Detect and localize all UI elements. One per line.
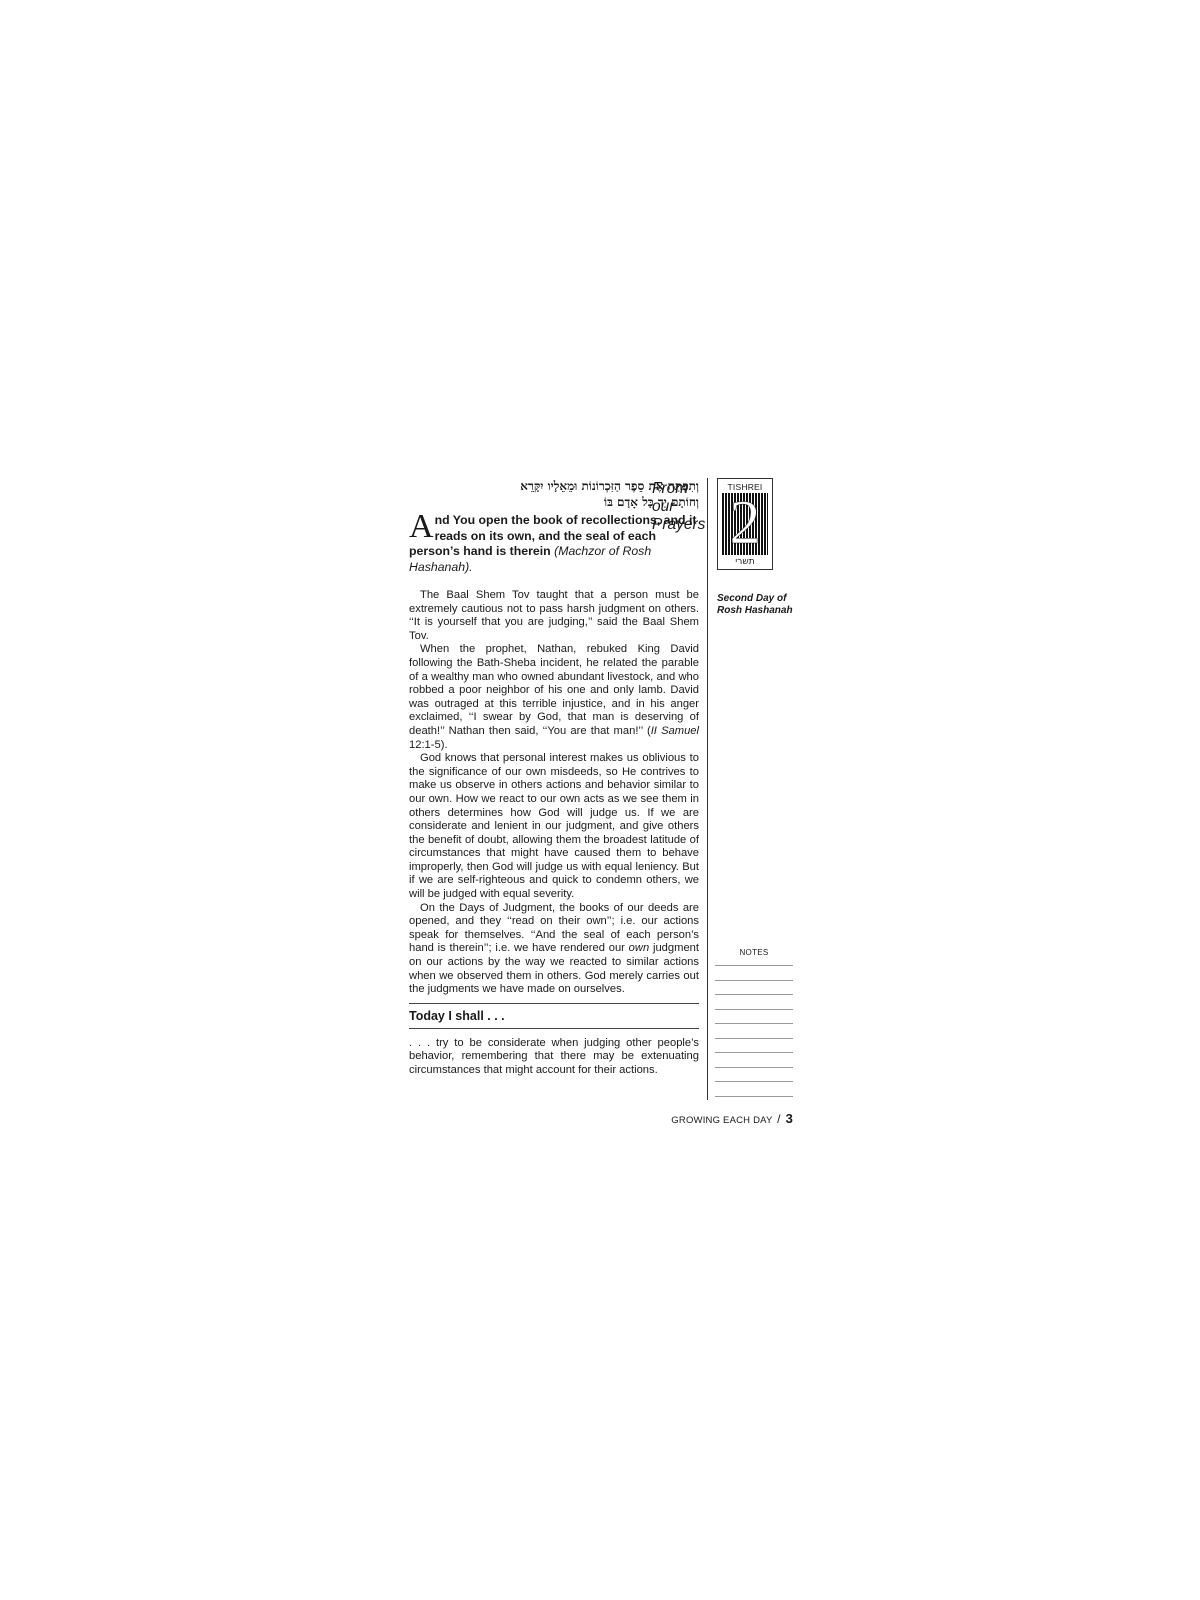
note-line	[715, 965, 793, 980]
emphasis-own: own	[629, 942, 650, 954]
badge-month-hebrew: תשרי	[718, 557, 772, 567]
page-number: 3	[786, 1111, 793, 1126]
today-resolution: . . . try to be considerate when judging…	[409, 1037, 699, 1078]
main-column: וְתִפְתַּח אֶת סֵפֶר הַזִּכְרוֹנוֹת וּמֵ…	[409, 478, 699, 1078]
note-line	[715, 980, 793, 995]
note-line	[715, 1052, 793, 1067]
today-rule-bottom	[409, 1028, 699, 1029]
day-title: Second Day of Rosh Hashanah	[717, 593, 807, 617]
note-line	[715, 1081, 793, 1096]
notes-area: NOTES	[715, 948, 793, 1110]
badge-day-number: 2	[718, 489, 772, 557]
drop-cap: A	[409, 514, 434, 540]
note-line	[715, 1067, 793, 1082]
essay-body: The Baal Shem Tov taught that a person m…	[409, 589, 699, 997]
note-line	[715, 1096, 793, 1111]
scripture-reference: II Samuel	[651, 725, 699, 737]
page-footer: GROWING EACH DAY / 3	[600, 1111, 793, 1126]
today-heading: Today I shall . . .	[409, 1004, 699, 1028]
paragraph-1: The Baal Shem Tov taught that a person m…	[409, 589, 699, 643]
note-line	[715, 1023, 793, 1038]
paragraph-2: When the prophet, Nathan, rebuked King D…	[409, 643, 699, 752]
note-line	[715, 1009, 793, 1024]
notes-label: NOTES	[715, 948, 793, 957]
note-line	[715, 1038, 793, 1053]
note-line	[715, 994, 793, 1009]
footer-separator: /	[777, 1112, 781, 1126]
book-page: וְתִפְתַּח אֶת סֵפֶר הַזִּכְרוֹנוֹת וּמֵ…	[0, 0, 1200, 1600]
column-divider	[707, 478, 708, 1100]
book-title: GROWING EACH DAY	[671, 1115, 772, 1126]
section-label: From our Prayers	[652, 480, 712, 534]
paragraph-3: God knows that personal interest makes u…	[409, 752, 699, 902]
date-badge: TISHREI 2 תשרי	[717, 478, 773, 570]
paragraph-4: On the Days of Judgment, the books of ou…	[409, 902, 699, 997]
